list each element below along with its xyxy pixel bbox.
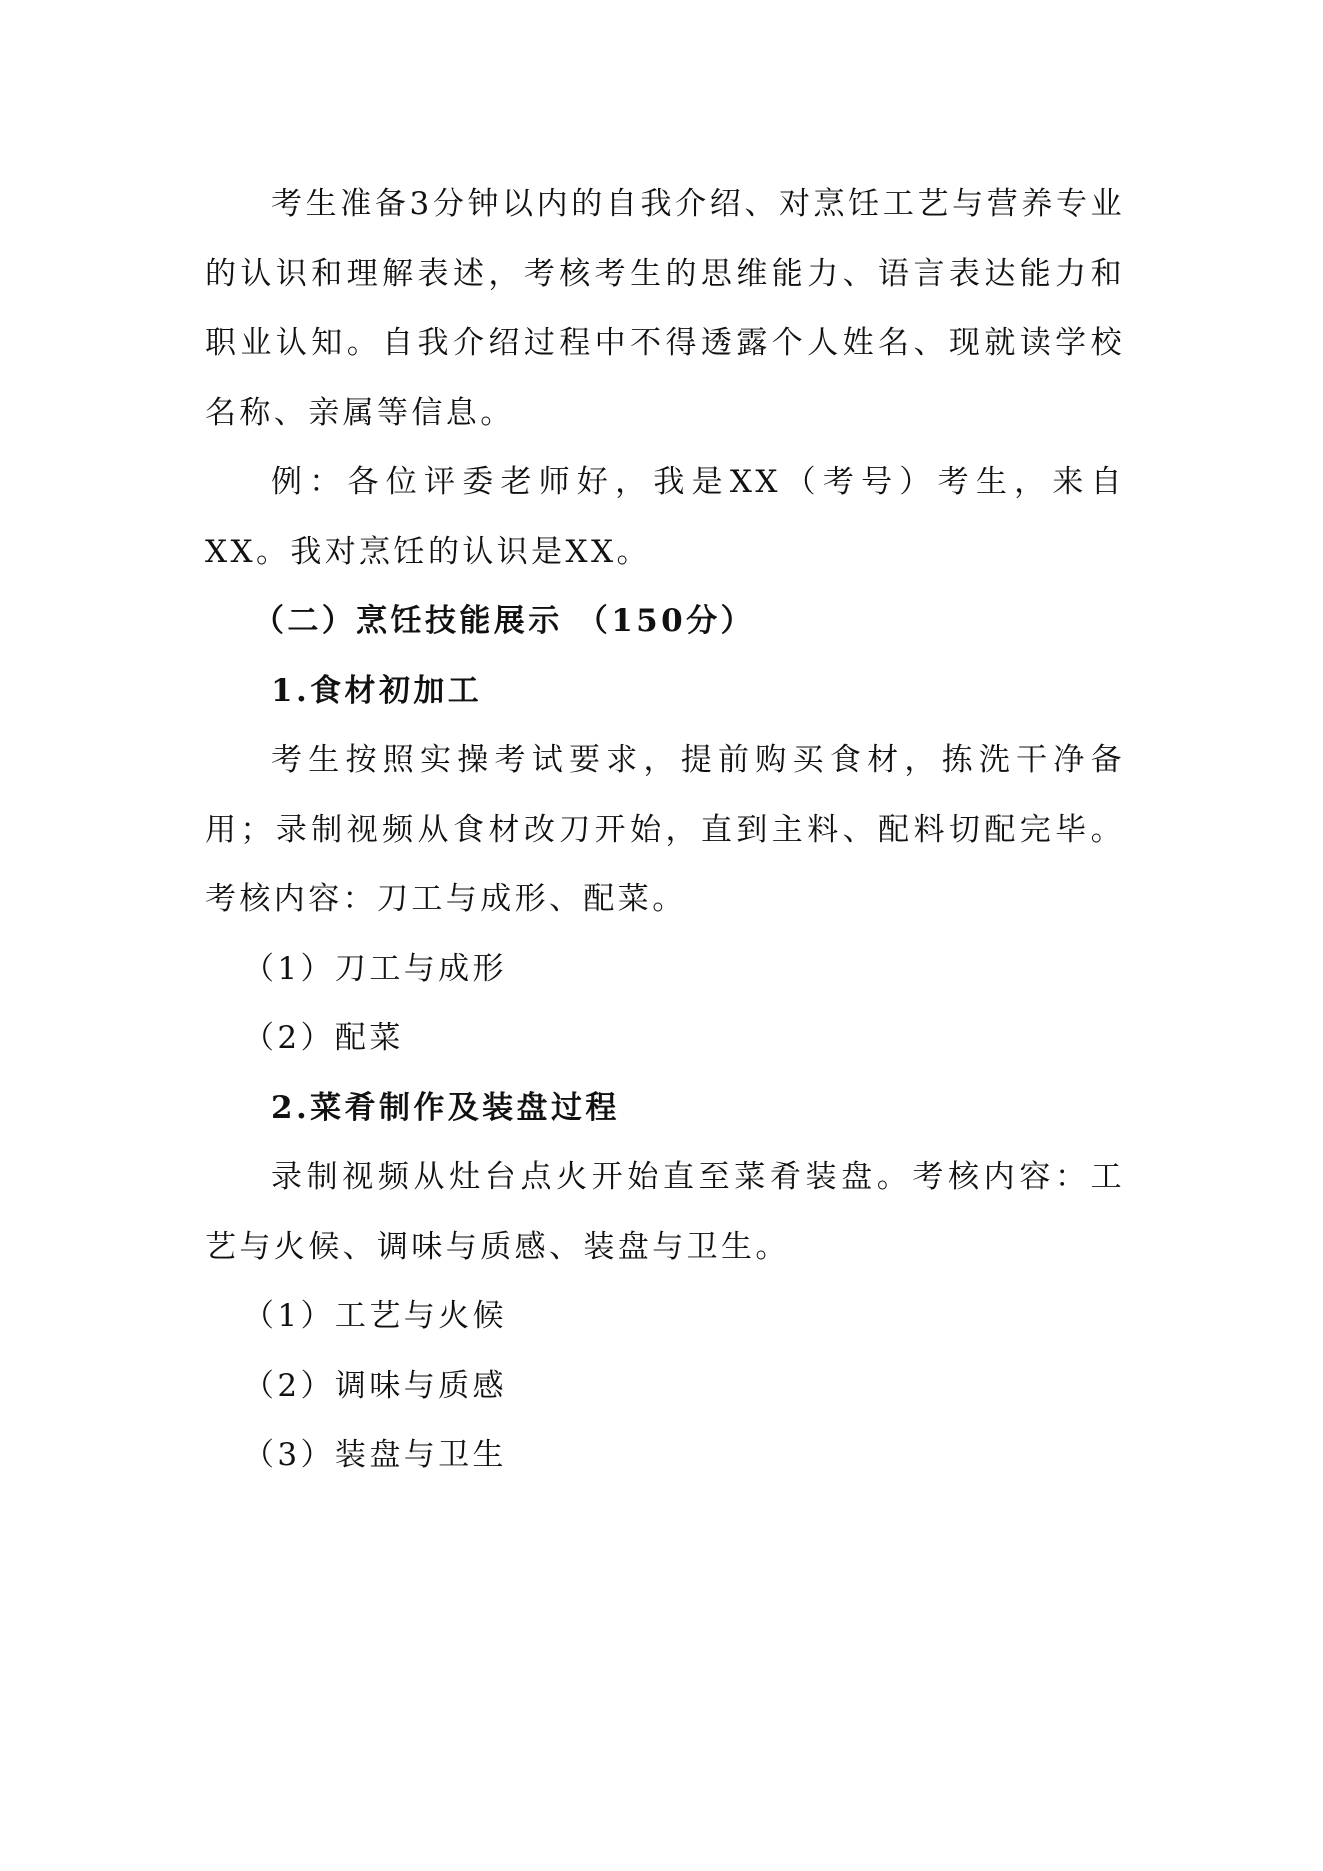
intro-paragraph: 考生准备3分钟以内的自我介绍、对烹饪工艺与营养专业的认识和理解表述，考核考生的思… xyxy=(205,170,1125,448)
list-item: （1）刀工与成形 xyxy=(205,935,1125,1005)
dish-making-paragraph: 录制视频从灶台点火开始直至菜肴装盘。考核内容：工艺与火候、调味与质感、装盘与卫生… xyxy=(205,1143,1125,1282)
document-page: 考生准备3分钟以内的自我介绍、对烹饪工艺与营养专业的认识和理解表述，考核考生的思… xyxy=(0,0,1323,1871)
section-heading-cooking-skills: （二）烹饪技能展示 （150分） xyxy=(205,587,1125,657)
subheading-dish-making: 2.菜肴制作及装盘过程 xyxy=(205,1074,1125,1144)
list-item: （2）配菜 xyxy=(205,1004,1125,1074)
ingredient-prep-paragraph: 考生按照实操考试要求，提前购买食材，拣洗干净备用；录制视频从食材改刀开始，直到主… xyxy=(205,726,1125,935)
list-item: （2）调味与质感 xyxy=(205,1352,1125,1422)
list-item: （1）工艺与火候 xyxy=(205,1282,1125,1352)
subheading-ingredient-prep: 1.食材初加工 xyxy=(205,657,1125,727)
list-item: （3）装盘与卫生 xyxy=(205,1421,1125,1491)
document-body: 考生准备3分钟以内的自我介绍、对烹饪工艺与营养专业的认识和理解表述，考核考生的思… xyxy=(205,170,1125,1491)
example-paragraph: 例：各位评委老师好，我是XX（考号）考生，来自XX。我对烹饪的认识是XX。 xyxy=(205,448,1125,587)
